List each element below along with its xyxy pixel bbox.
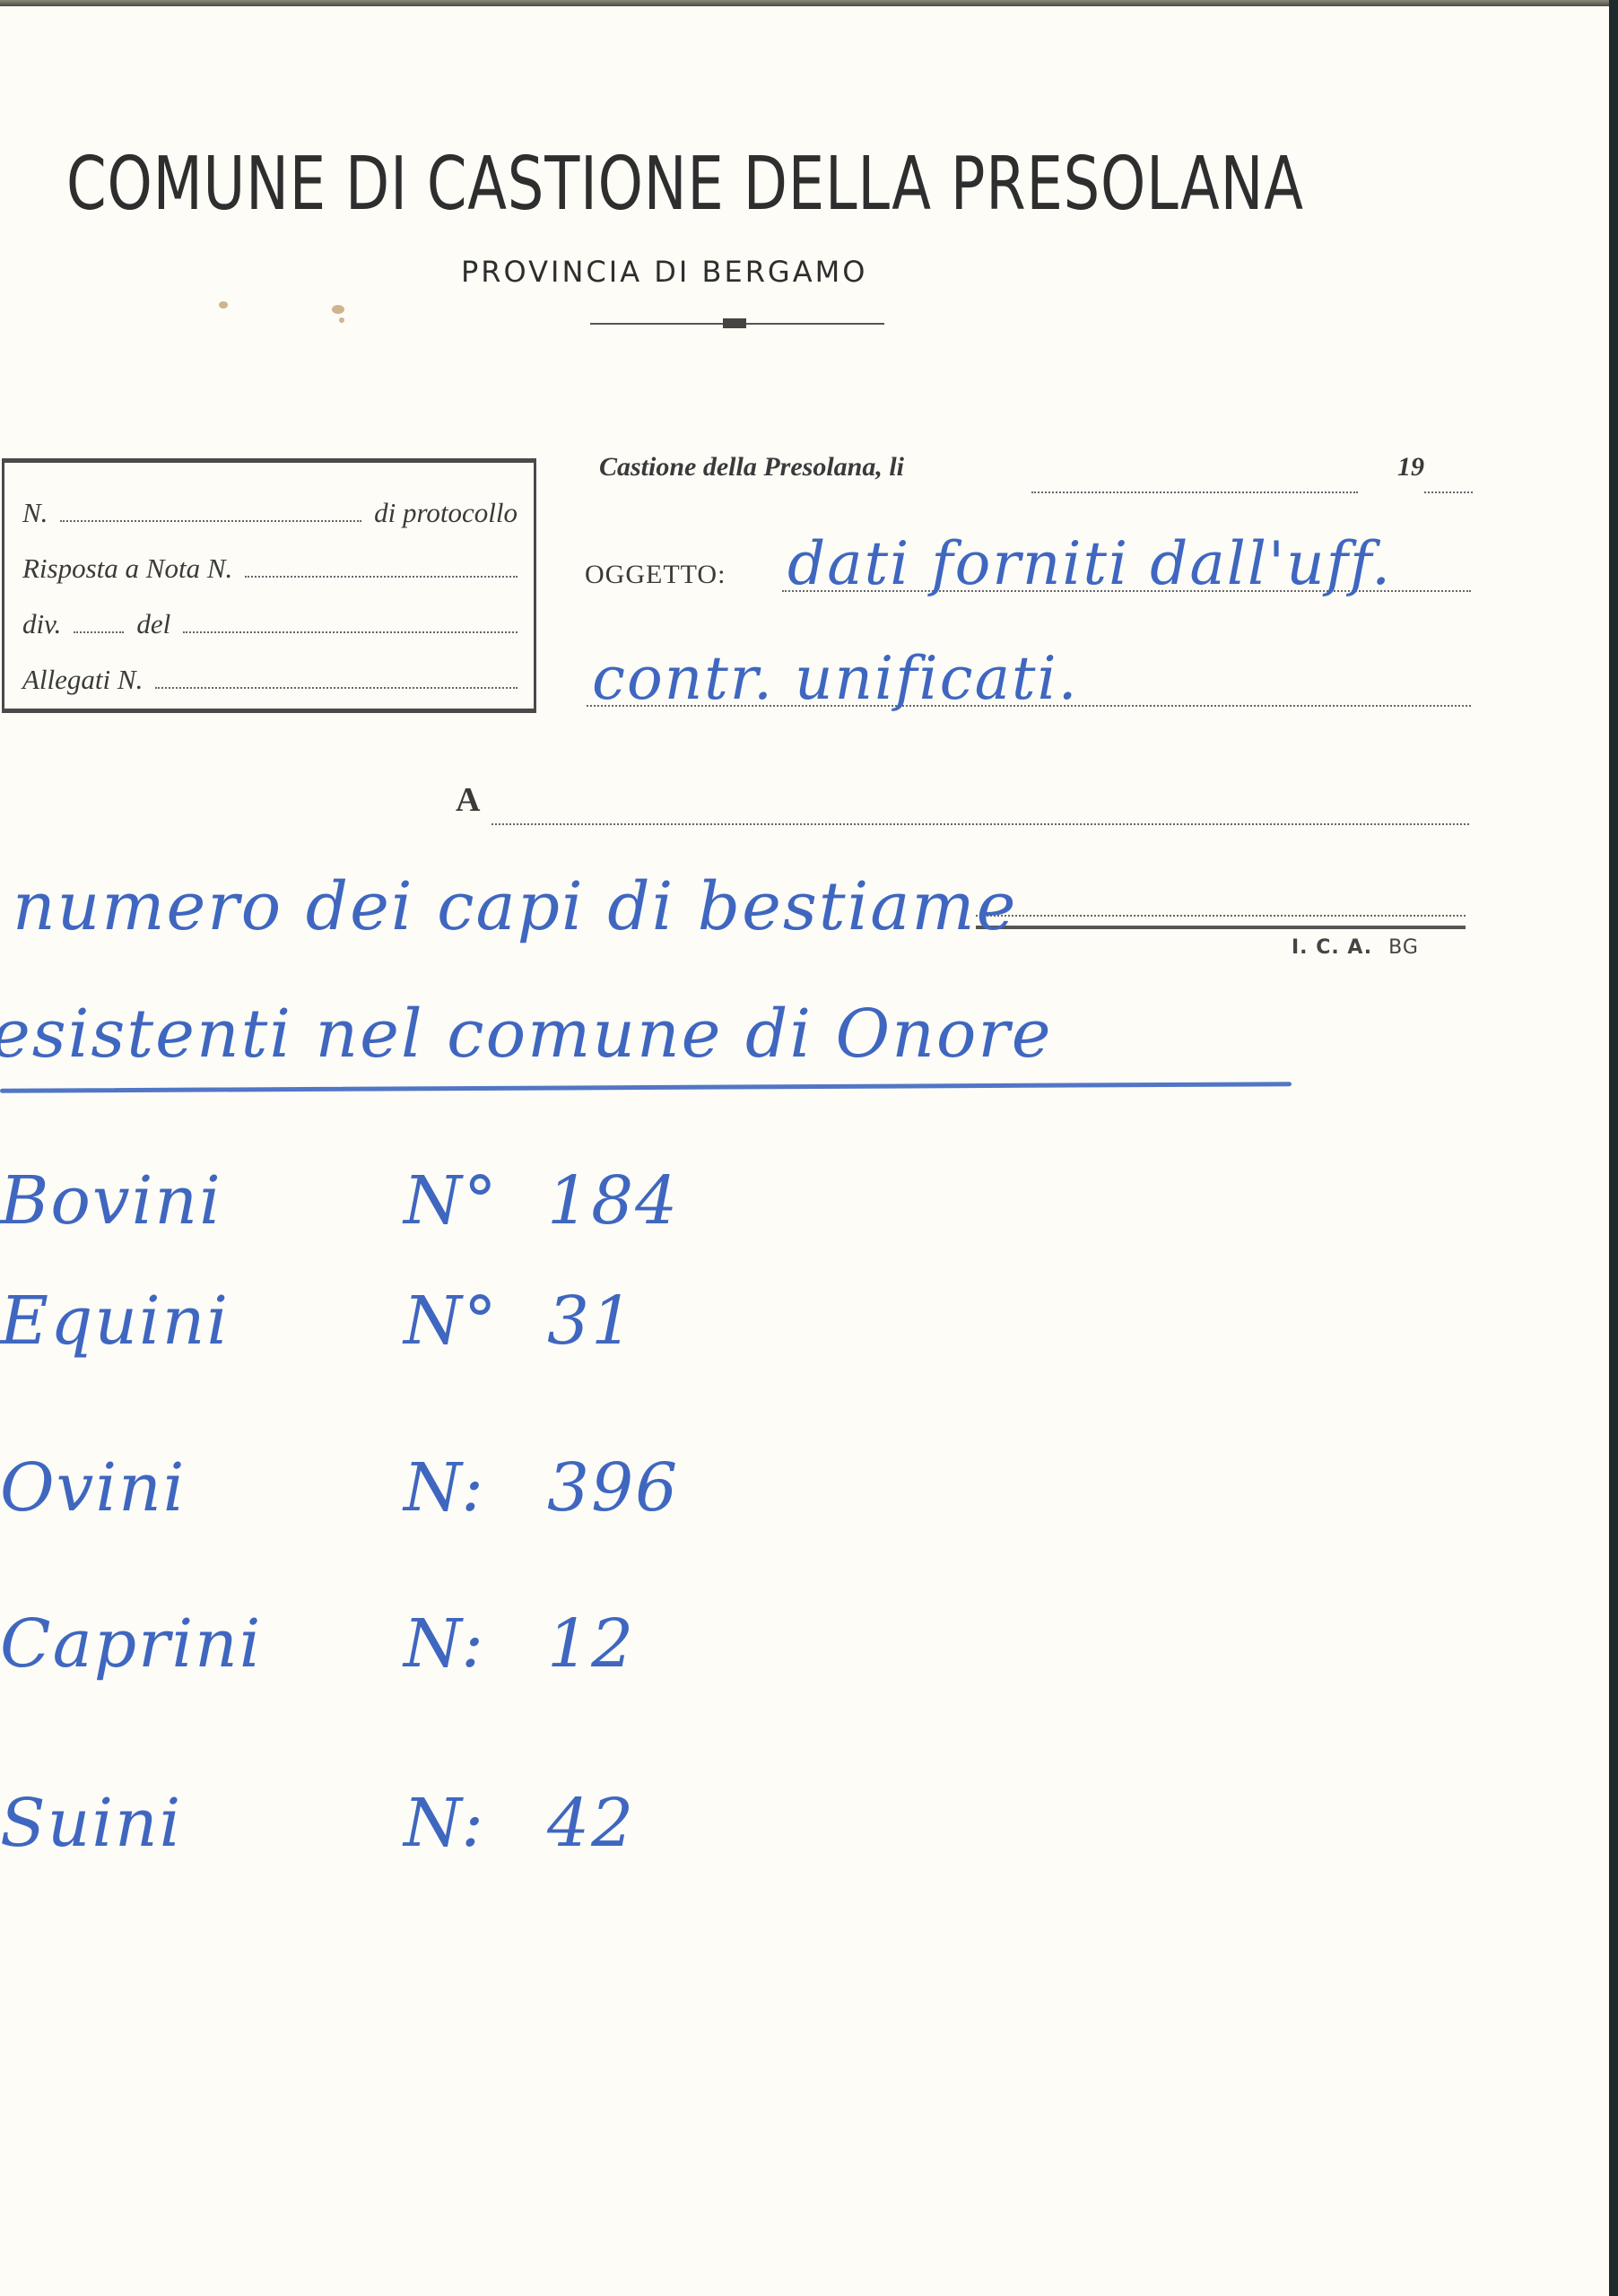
livestock-count: 184 [547, 1162, 679, 1239]
paper-stain [219, 301, 228, 309]
attachments-blank[interactable] [155, 687, 518, 689]
reply-note-label: Risposta a Nota N. [22, 552, 232, 585]
subject-handwritten-line-2: contr. unificati. [592, 644, 1079, 713]
livestock-name: Suini [0, 1785, 182, 1862]
body-heading-line-1: numero dei capi di bestiame [13, 868, 1017, 945]
livestock-prefix: N° [404, 1162, 499, 1239]
paper-stain [332, 305, 344, 314]
paper-stain [339, 317, 344, 323]
livestock-name: Equini [0, 1283, 230, 1360]
attachments-label: Allegati N. [22, 664, 143, 696]
subject-label: OGGETTO: [585, 560, 726, 590]
livestock-count: 31 [547, 1283, 635, 1360]
division-date-label: del [136, 608, 170, 640]
divider-ornament-icon [723, 318, 746, 328]
printer-mark-name: I. C. A. [1292, 936, 1372, 959]
livestock-count: 42 [547, 1785, 635, 1862]
letterhead-subtitle: PROVINCIA DI BERGAMO [461, 255, 867, 289]
livestock-name: Caprini [0, 1605, 262, 1683]
recipient-label: A [456, 780, 480, 820]
subject-handwritten-line-1: dati forniti dall'uff. [787, 529, 1392, 598]
reply-note-field[interactable]: Risposta a Nota N. [22, 545, 518, 585]
division-blank[interactable] [74, 631, 124, 633]
attachments-field[interactable]: Allegati N. [22, 657, 518, 696]
recipient-closing-rule [976, 926, 1466, 929]
division-label: div. [22, 608, 61, 640]
printer-mark-city: BG [1388, 936, 1419, 959]
livestock-name: Ovini [0, 1449, 186, 1526]
protocol-suffix: di protocollo [374, 497, 518, 529]
year-blank[interactable] [1424, 491, 1473, 493]
division-field[interactable]: div. del [22, 601, 518, 640]
year-prefix: 19 [1397, 452, 1424, 483]
livestock-count: 396 [547, 1449, 679, 1526]
body-heading-line-2: esistenti nel comune di Onore [0, 996, 1053, 1073]
livestock-prefix: N° [404, 1283, 499, 1360]
body-heading-underline [0, 1082, 1292, 1093]
place-date-label: Castione della Presolana, li [599, 452, 904, 483]
protocol-number-blank[interactable] [60, 520, 361, 522]
protocol-box: N. di protocollo Risposta a Nota N. div.… [2, 458, 536, 713]
scan-top-edge [0, 0, 1618, 6]
livestock-prefix: N: [404, 1449, 485, 1526]
recipient-line-1[interactable] [491, 823, 1469, 825]
scan-right-edge [1609, 0, 1618, 2296]
letterhead-title: COMUNE DI CASTIONE DELLA PRESOLANA [66, 142, 1116, 227]
livestock-prefix: N: [404, 1605, 485, 1683]
division-date-blank[interactable] [183, 631, 518, 633]
livestock-name: Bovini [0, 1162, 222, 1239]
livestock-prefix: N: [404, 1785, 485, 1862]
protocol-number-label: N. [22, 497, 48, 529]
recipient-line-2[interactable] [976, 915, 1466, 917]
livestock-count: 12 [547, 1605, 635, 1683]
protocol-number-field[interactable]: N. di protocollo [22, 490, 518, 529]
date-blank[interactable] [1031, 491, 1358, 493]
printer-mark: I. C. A.BG [1292, 936, 1419, 959]
reply-note-blank[interactable] [245, 576, 518, 578]
